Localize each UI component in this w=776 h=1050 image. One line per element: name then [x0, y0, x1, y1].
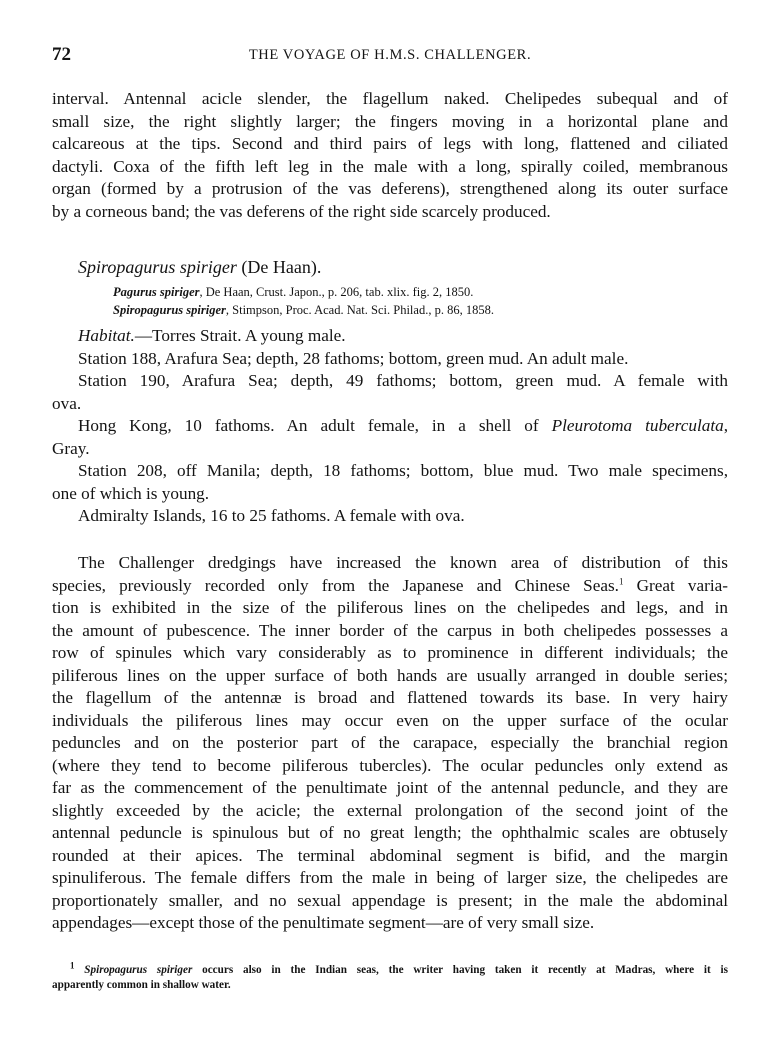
text-line: organ (formed by a protrusion of the vas… [52, 178, 728, 201]
text-line: species, previously recorded only from t… [52, 575, 728, 598]
footnote-line: apparently common in shallow water. [52, 978, 728, 993]
footnote-line: 1 Spiropagurus spiriger occurs also in t… [52, 963, 728, 978]
habitat-label: Habitat. [78, 326, 135, 345]
station-record-cont: one of which is young. [52, 483, 728, 506]
footnote-species: Spiropagurus spiriger [84, 964, 192, 976]
record-text: Hong Kong, 10 fathoms. An adult female, … [78, 416, 552, 435]
habitat-line: Habitat.—Torres Strait. A young male. [52, 325, 728, 348]
footnote-text: occurs also in the Indian seas, the writ… [192, 964, 728, 976]
record-text: , [724, 416, 728, 435]
text-line: small size, the right slightly larger; t… [52, 111, 728, 134]
text-span: species, previously recorded only from t… [52, 576, 619, 595]
text-line: appendages—except those of the penultima… [52, 912, 728, 935]
synonym-name: Spiropagurus spiriger [113, 303, 226, 317]
species-heading: Spiropagurus spiriger (De Haan). [78, 257, 321, 278]
text-line: row of spinules which vary considerably … [52, 642, 728, 665]
running-title: THE VOYAGE OF H.M.S. CHALLENGER. [52, 47, 728, 64]
habitat-text: —Torres Strait. A young male. [135, 326, 346, 345]
footnote: 1 Spiropagurus spiriger occurs also in t… [52, 963, 728, 992]
intro-paragraph: interval. Antennal acicle slender, the f… [52, 88, 728, 223]
shell-species: Pleurotoma tuberculata [552, 416, 724, 435]
station-record: Hong Kong, 10 fathoms. An adult female, … [52, 415, 728, 438]
text-line: the flagellum of the antennæ is broad an… [52, 687, 728, 710]
text-line: slightly exceeded by the acicle; the ext… [52, 800, 728, 823]
text-line: far as the commencement of the penultima… [52, 777, 728, 800]
text-line: dactyli. Coxa of the fifth left leg in t… [52, 156, 728, 179]
text-line: spinuliferous. The female differs from t… [52, 867, 728, 890]
synonym-entry: Pagurus spiriger, De Haan, Crust. Japon.… [113, 285, 473, 300]
discussion-paragraph: The Challenger dredgings have increased … [52, 552, 728, 935]
text-line: calcareous at the tips. Second and third… [52, 133, 728, 156]
text-line: tion is exhibited in the size of the pil… [52, 597, 728, 620]
text-span: Great varia- [623, 576, 728, 595]
synonym-citation: , Stimpson, Proc. Acad. Nat. Sci. Philad… [226, 303, 494, 317]
book-page: 72 THE VOYAGE OF H.M.S. CHALLENGER. inte… [0, 0, 776, 1050]
text-line: antennal peduncle is spinulous but of no… [52, 822, 728, 845]
station-record: Station 208, off Manila; depth, 18 fatho… [52, 460, 728, 483]
text-line: by a corneous band; the vas deferens of … [52, 201, 728, 224]
text-line: the amount of pubescence. The inner bord… [52, 620, 728, 643]
text-line: The Challenger dredgings have increased … [52, 552, 728, 575]
habitat-section: Habitat.—Torres Strait. A young male. St… [52, 325, 728, 528]
synonym-name: Pagurus spiriger [113, 285, 199, 299]
station-record: Admiralty Islands, 16 to 25 fathoms. A f… [52, 505, 728, 528]
species-name: Spiropagurus spiriger [78, 257, 237, 277]
synonym-citation: , De Haan, Crust. Japon., p. 206, tab. x… [199, 285, 473, 299]
text-line: (where they tend to become piliferous tu… [52, 755, 728, 778]
text-line: individuals the piliferous lines may occ… [52, 710, 728, 733]
species-authority: (De Haan). [241, 257, 321, 277]
text-line: proportionately smaller, and no sexual a… [52, 890, 728, 913]
station-record: Station 188, Arafura Sea; depth, 28 fath… [52, 348, 728, 371]
station-record-cont: ova. [52, 393, 728, 416]
synonym-entry: Spiropagurus spiriger, Stimpson, Proc. A… [113, 303, 494, 318]
footnote-marker: 1 [70, 960, 75, 970]
text-line: interval. Antennal acicle slender, the f… [52, 88, 728, 111]
running-head: 72 THE VOYAGE OF H.M.S. CHALLENGER. [52, 44, 728, 68]
station-record: Station 190, Arafura Sea; depth, 49 fath… [52, 370, 728, 393]
text-line: rounded at their apices. The terminal ab… [52, 845, 728, 868]
text-line: piliferous lines on the upper surface of… [52, 665, 728, 688]
text-line: peduncles and on the posterior part of t… [52, 732, 728, 755]
station-record-cont: Gray. [52, 438, 728, 461]
